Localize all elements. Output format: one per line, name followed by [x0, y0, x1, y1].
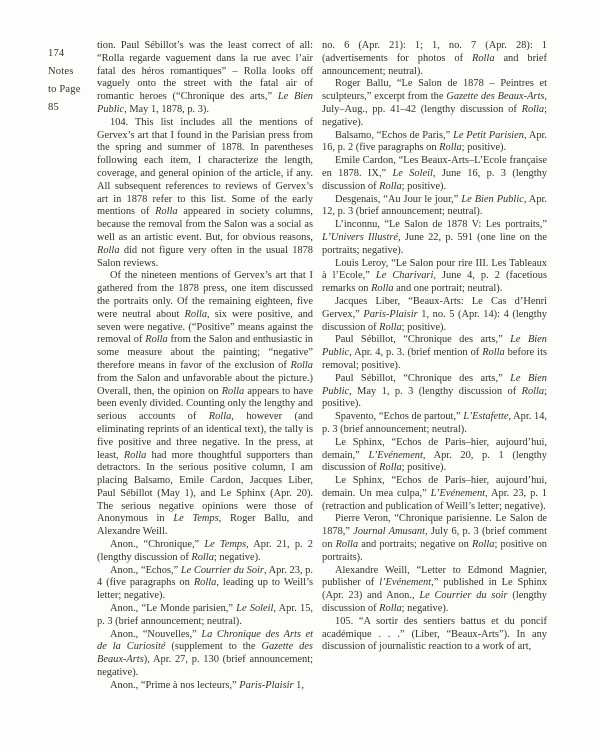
note-paragraph: Anon., “Chronique,” Le Temps, Apr. 21, p… [97, 539, 313, 565]
note-paragraph: Alexandre Weill, “Letter to Edmond Magni… [322, 565, 547, 616]
note-paragraph: Paul Sébillot, “Chronique des arts,” Le … [322, 334, 547, 372]
running-head-line-3: 85 [48, 99, 94, 117]
note-paragraph: tion. Paul Sébillot’s was the least corr… [97, 40, 313, 117]
note-paragraph: Louis Leroy, “Le Salon pour rire III. Le… [322, 258, 547, 296]
note-paragraph: Desgenais, “Au Jour le jour,” Le Bien Pu… [322, 194, 547, 220]
note-paragraph: Spavento, “Echos de partout,” L’Estafett… [322, 411, 547, 437]
note-paragraph: Paul Sébillot, “Chronique des arts,” Le … [322, 373, 547, 411]
note-paragraph: 105. “A sortir des sentiers battus et du… [322, 616, 547, 654]
running-head-line-2: to Page [48, 81, 94, 99]
running-head-line-1: Notes [48, 63, 94, 81]
note-paragraph: Emile Cardon, “Les Beaux-Arts–L’Ecole fr… [322, 155, 547, 193]
note-paragraph: no. 6 (Apr. 21): 1; 1, no. 7 (Apr. 28): … [322, 40, 547, 78]
page-number: 174 [48, 45, 94, 63]
note-paragraph: Anon., “Le Monde parisien,” Le Soleil, A… [97, 603, 313, 629]
book-page: 174 Notes to Page 85 tion. Paul Sébillot… [0, 0, 600, 752]
notes-column-right: no. 6 (Apr. 21): 1; 1, no. 7 (Apr. 28): … [322, 40, 547, 654]
note-paragraph: Anon., “Nouvelles,” La Chronique des Art… [97, 629, 313, 680]
note-paragraph: Anon., “Echos,” Le Courrier du Soir, Apr… [97, 565, 313, 603]
note-paragraph: Le Sphinx, “Echos de Paris–hier, aujourd… [322, 437, 547, 475]
running-header: 174 Notes to Page 85 [48, 45, 94, 117]
note-paragraph: L’inconnu, “Le Salon de 1878 V: Les port… [322, 219, 547, 257]
note-paragraph: Pierre Veron, “Chronique parisienne. Le … [322, 513, 547, 564]
note-paragraph: 104. This list includes all the mentions… [97, 117, 313, 271]
note-paragraph: Jacques Liber, “Beaux-Arts: Le Cas d’Hen… [322, 296, 547, 334]
note-paragraph: Anon., “Prime à nos lecteurs,” Paris-Pla… [97, 680, 313, 693]
note-paragraph: Of the nineteen mentions of Gervex’s art… [97, 270, 313, 539]
notes-column-left: tion. Paul Sébillot’s was the least corr… [97, 40, 313, 693]
note-paragraph: Roger Ballu, “Le Salon de 1878 – Peintre… [322, 78, 547, 129]
note-paragraph: Balsamo, “Echos de Paris,” Le Petit Pari… [322, 130, 547, 156]
note-paragraph: Le Sphinx, “Echos de Paris–hier, aujourd… [322, 475, 547, 513]
